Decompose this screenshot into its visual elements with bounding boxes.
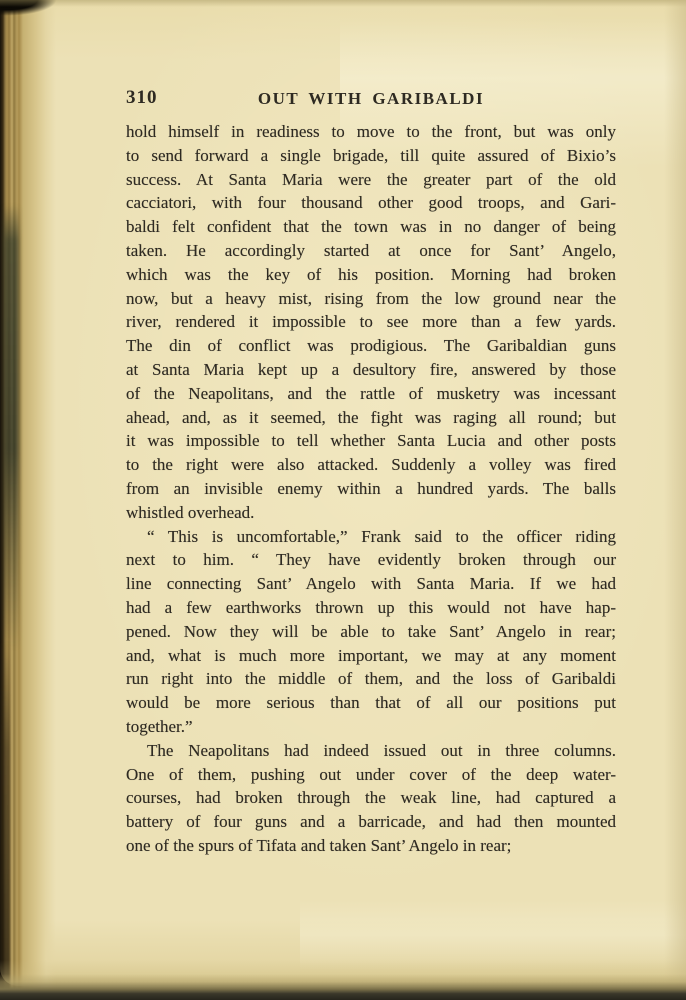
- text-line: from an invisible enemy within a hundred…: [126, 477, 616, 501]
- text-line: of the Neapolitans, and the rattle of mu…: [126, 382, 616, 406]
- paragraph: hold himself in readiness to move to the…: [126, 120, 616, 525]
- paragraph: “ This is uncomfortable,” Frank said to …: [126, 525, 616, 739]
- text-line: river, rendered it impossible to see mor…: [126, 310, 616, 334]
- page-title: OUT WITH GARIBALDI: [126, 87, 616, 109]
- text-line: it was impossible to tell whether Santa …: [126, 429, 616, 453]
- page-right-edge: [664, 0, 686, 1000]
- binding-shadow: [0, 640, 10, 1000]
- text-line: run right into the middle of them, and t…: [126, 667, 616, 691]
- running-header: 310 OUT WITH GARIBALDI: [126, 87, 616, 107]
- text-line: line connecting Sant’ Angelo with Santa …: [126, 572, 616, 596]
- text-line: The Neapolitans had indeed issued out in…: [126, 739, 616, 763]
- text-line: battery of four guns and a barricade, an…: [126, 810, 616, 834]
- text-line: One of them, pushing out under cover of …: [126, 763, 616, 787]
- text-line: together.”: [126, 715, 616, 739]
- book-page-scan: 310 OUT WITH GARIBALDI hold himself in r…: [0, 0, 686, 1000]
- text-line: which was the key of his position. Morni…: [126, 263, 616, 287]
- text-line: to send forward a single brigade, till q…: [126, 144, 616, 168]
- binding-dark-patch: [3, 205, 19, 650]
- text-line: now, but a heavy mist, rising from the l…: [126, 287, 616, 311]
- text-line: next to him. “ They have evidently broke…: [126, 548, 616, 572]
- printed-page-content: 310 OUT WITH GARIBALDI hold himself in r…: [126, 87, 616, 107]
- text-line: and, what is much more important, we may…: [126, 644, 616, 668]
- text-line: taken. He accordingly started at once fo…: [126, 239, 616, 263]
- page-bottom-edge: [0, 974, 686, 1000]
- text-line: success. At Santa Maria were the greater…: [126, 168, 616, 192]
- text-line: The din of conflict was prodigious. The …: [126, 334, 616, 358]
- text-line: hold himself in readiness to move to the…: [126, 120, 616, 144]
- text-line: ahead, and, as it seemed, the fight was …: [126, 406, 616, 430]
- text-line: pened. Now they will be able to take San…: [126, 620, 616, 644]
- text-line: had a few earthworks thrown up this woul…: [126, 596, 616, 620]
- text-line: courses, had broken through the weak lin…: [126, 786, 616, 810]
- text-line: whistled overhead.: [126, 501, 616, 525]
- text-line: baldi felt confident that the town was i…: [126, 215, 616, 239]
- text-line: at Santa Maria kept up a desultory fire,…: [126, 358, 616, 382]
- text-line: would be more serious than that of all o…: [126, 691, 616, 715]
- page-number: 310: [126, 87, 158, 109]
- text-line: to the right were also attacked. Suddenl…: [126, 453, 616, 477]
- text-line: cacciatori, with four thousand other goo…: [126, 191, 616, 215]
- paragraph: The Neapolitans had indeed issued out in…: [126, 739, 616, 858]
- page-top-edge: [0, 0, 686, 7]
- text-line: one of the spurs of Tifata and taken San…: [126, 834, 616, 858]
- text-line: “ This is uncomfortable,” Frank said to …: [126, 525, 616, 549]
- page-text: hold himself in readiness to move to the…: [126, 120, 616, 858]
